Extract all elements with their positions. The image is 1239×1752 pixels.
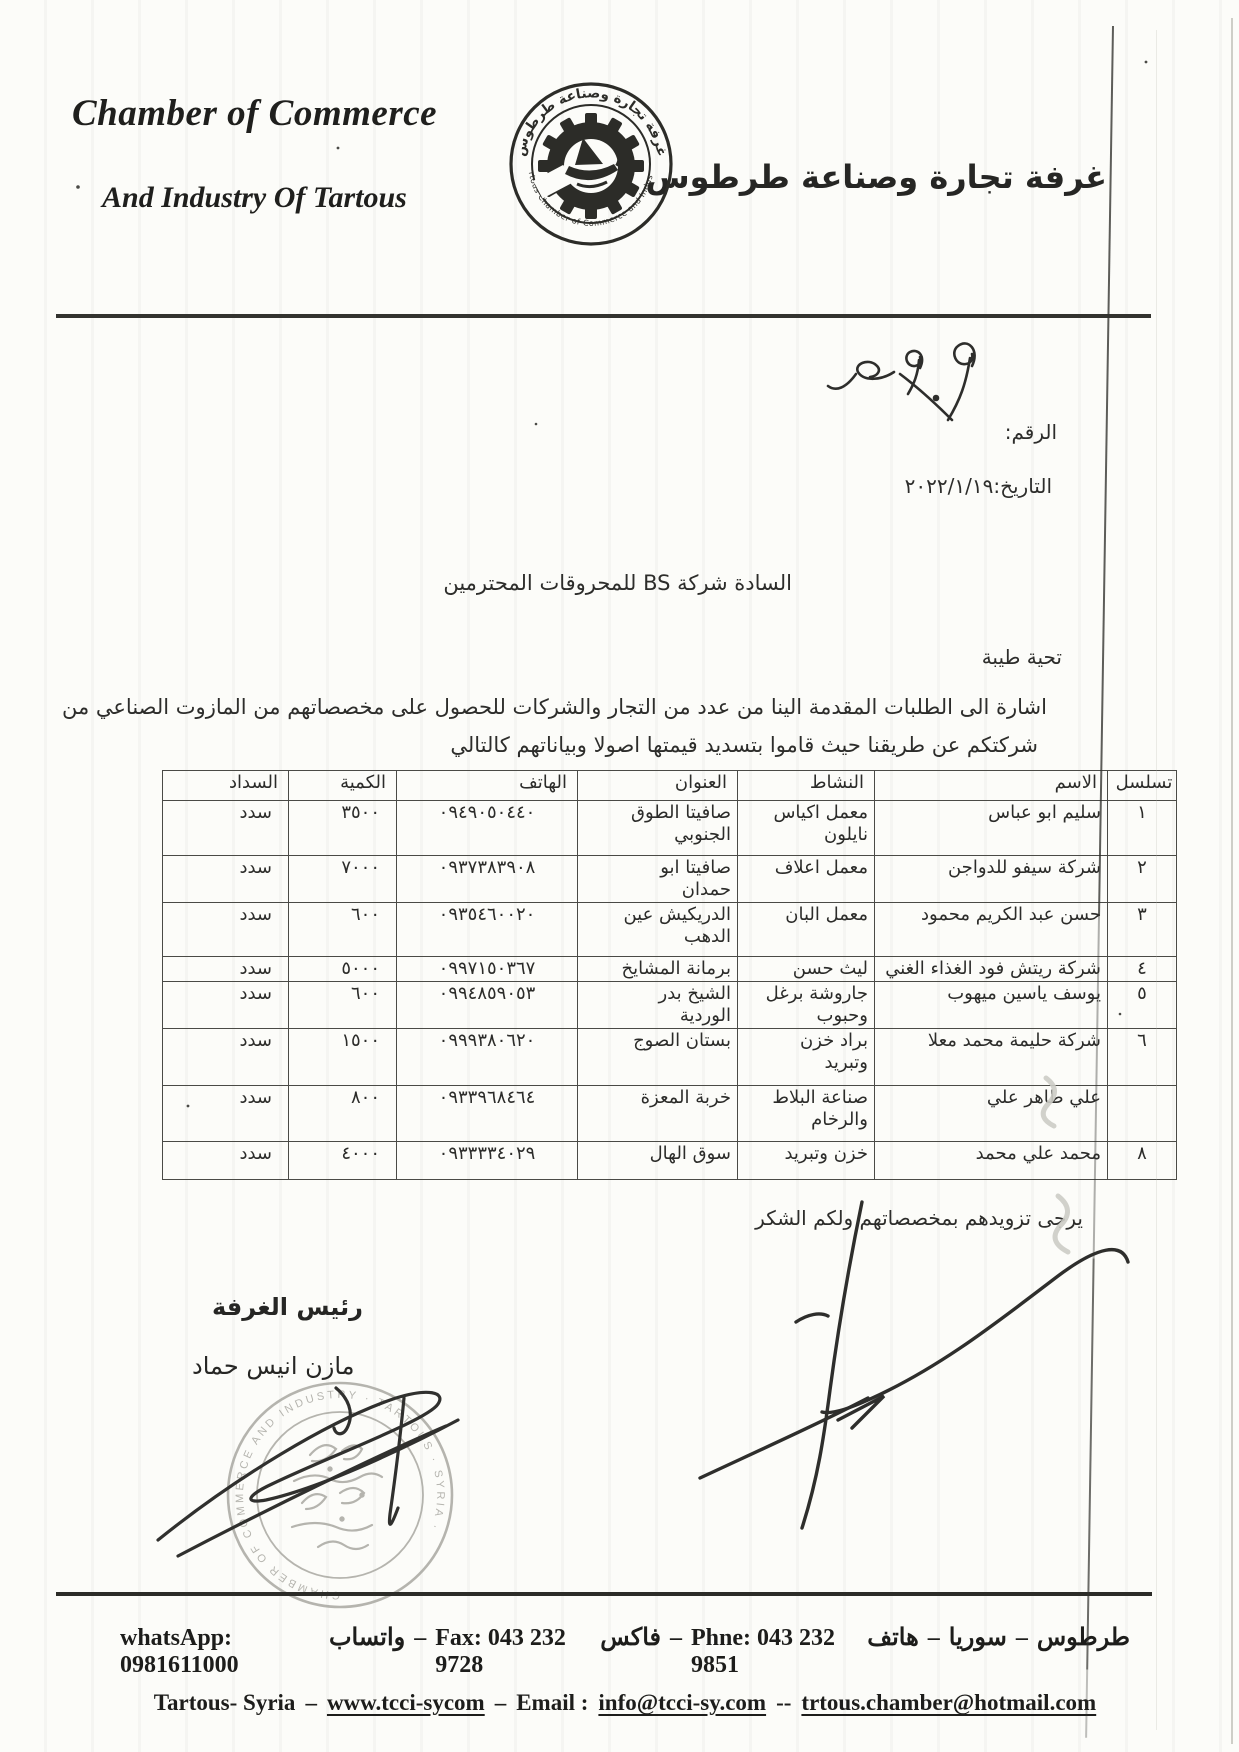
cell-address: خربة المعزة bbox=[578, 1085, 738, 1141]
footer-fax-ar: فاكس bbox=[600, 1623, 661, 1652]
scanned-letter-page: { "document": { "header": { "title_en_li… bbox=[0, 0, 1239, 1752]
cell-name: شركة سيفو للدواجن bbox=[875, 856, 1108, 903]
footer-dash: – bbox=[670, 1625, 682, 1652]
table-row: علي طاهر علي صناعة البلاط والرخام خربة ا… bbox=[163, 1085, 1177, 1141]
reference-number-handwriting bbox=[828, 343, 975, 420]
header-quantity: الكمية bbox=[289, 771, 397, 801]
cell-address: الشيخ بدر الوردية bbox=[578, 981, 738, 1028]
header-phone: الهاتف bbox=[397, 771, 578, 801]
cell-phone: ٠٩٩٤٨٥٩٠٥٣ bbox=[397, 981, 578, 1028]
stamp-arabic-script bbox=[292, 1445, 382, 1549]
cell-serial: ٥ bbox=[1108, 981, 1177, 1028]
svg-text:CHAMBER OF COMMERCE AND INDUST: CHAMBER OF COMMERCE AND INDUSTRY · TARTO… bbox=[234, 1389, 446, 1601]
cell-payment: سدد bbox=[163, 801, 289, 856]
cell-serial: ٦ bbox=[1108, 1028, 1177, 1085]
cell-phone: ٠٩٣٣٩٦٨٤٦٤ bbox=[397, 1085, 578, 1141]
cell-address: بستان الصوج bbox=[578, 1028, 738, 1085]
footer-fax: Fax: 043 232 9728 bbox=[435, 1625, 591, 1679]
cell-serial bbox=[1108, 1085, 1177, 1141]
cell-activity: جاروشة برغل وحبوب bbox=[738, 981, 875, 1028]
cell-serial: ١ bbox=[1108, 801, 1177, 856]
cell-name: شركة حليمة محمد معلا bbox=[875, 1028, 1108, 1085]
footer-email-secondary: trtous.chamber@hotmail.com bbox=[801, 1690, 1096, 1716]
chamber-seal-icon: غرفة تجارة وصناعة طرطوس Tartous Chamber … bbox=[505, 78, 677, 250]
stamp-ring-text: CHAMBER OF COMMERCE AND INDUSTRY · TARTO… bbox=[234, 1389, 446, 1601]
date-line: التاريخ:٢٠٢٢/١/١٩ bbox=[905, 474, 1052, 498]
president-signature bbox=[700, 1202, 1128, 1528]
cell-phone: ٠٩٣٥٤٦٠٠٢٠ bbox=[397, 902, 578, 956]
cell-name: علي طاهر علي bbox=[875, 1085, 1108, 1141]
cell-name: شركة ريتش فود الغذاء الغني bbox=[875, 956, 1108, 981]
cell-phone: ٠٩٣٧٣٨٣٩٠٨ bbox=[397, 856, 578, 903]
table-row: ٤ شركة ريتش فود الغذاء الغني ليث حسن برم… bbox=[163, 956, 1177, 981]
footer-whatsapp: whatsApp: 0981611000 bbox=[120, 1625, 320, 1679]
date-value: ٢٠٢٢/١/١٩ bbox=[905, 474, 994, 498]
cell-payment: سدد bbox=[163, 1028, 289, 1085]
letterhead-title-en-line2: And Industry Of Tartous bbox=[102, 181, 407, 215]
body-line-1: اشارة الى الطلبات المقدمة الينا من عدد م… bbox=[62, 695, 1047, 719]
table-row: ١ سليم ابو عباس معمل اكياس نايلون صافيتا… bbox=[163, 801, 1177, 856]
footer-dash: -- bbox=[776, 1690, 791, 1716]
footer-country-ar: سوريا bbox=[949, 1623, 1007, 1652]
footer-divider bbox=[56, 1592, 1152, 1596]
footer-web-line: Tartous- Syria – www.tcci-sycom – Email … bbox=[120, 1690, 1130, 1716]
footer-email-primary: info@tcci-sy.com bbox=[598, 1690, 766, 1716]
cell-quantity: ٥٠٠٠ bbox=[289, 956, 397, 981]
cell-activity: معمل اكياس نايلون bbox=[738, 801, 875, 856]
cell-payment: سدد bbox=[163, 856, 289, 903]
reference-number-label: الرقم: bbox=[1005, 420, 1057, 444]
cell-phone: ٠٩٩٩٣٨٠٦٢٠ bbox=[397, 1028, 578, 1085]
table-row: ٢ شركة سيفو للدواجن معمل اعلاف صافيتا اب… bbox=[163, 856, 1177, 903]
cell-serial: ٢ bbox=[1108, 856, 1177, 903]
table-row: ٣ حسن عبد الكريم محمود معمل البان الدريك… bbox=[163, 902, 1177, 956]
letterhead-title-en-line1: Chamber of Commerce bbox=[72, 92, 437, 135]
footer-contact-line: whatsApp: 0981611000 واتساب – Fax: 043 2… bbox=[120, 1623, 1130, 1679]
cell-serial: ٨ bbox=[1108, 1141, 1177, 1179]
footer-dash: – bbox=[928, 1625, 940, 1652]
cell-activity: خزن وتبريد bbox=[738, 1141, 875, 1179]
letterhead-title-ar: غرفة تجارة وصناعة طرطوس bbox=[645, 158, 1107, 196]
cell-payment: سدد bbox=[163, 1141, 289, 1179]
header-activity: النشاط bbox=[738, 771, 875, 801]
footer-whatsapp-ar: واتساب bbox=[329, 1623, 405, 1652]
page-edge-shadow bbox=[1231, 18, 1233, 1744]
date-label: التاريخ: bbox=[993, 474, 1052, 498]
cell-name: محمد علي محمد bbox=[875, 1141, 1108, 1179]
cell-phone: ٠٩٩٧١٥٠٣٦٧ bbox=[397, 956, 578, 981]
header-serial: تسلسل bbox=[1108, 771, 1177, 801]
footer-phone-ar: هاتف bbox=[867, 1623, 919, 1652]
cell-serial: ٤ bbox=[1108, 956, 1177, 981]
cell-quantity: ١٥٠٠ bbox=[289, 1028, 397, 1085]
header-divider bbox=[56, 314, 1151, 318]
cell-payment: سدد bbox=[163, 902, 289, 956]
official-stamp-icon: CHAMBER OF COMMERCE AND INDUSTRY · TARTO… bbox=[222, 1377, 458, 1613]
allocations-table: تسلسل الاسم النشاط العنوان الهاتف الكمية… bbox=[162, 770, 1177, 1180]
cell-activity: صناعة البلاط والرخام bbox=[738, 1085, 875, 1141]
cell-name: يوسف ياسين ميهوب bbox=[875, 981, 1108, 1028]
footer-dash: – bbox=[414, 1625, 426, 1652]
cell-address: برمانة المشايخ bbox=[578, 956, 738, 981]
signatory-title: رئيس الغرفة bbox=[212, 1293, 363, 1321]
cell-quantity: ٦٠٠ bbox=[289, 981, 397, 1028]
footer-dash: – bbox=[1016, 1625, 1028, 1652]
cell-quantity: ٤٠٠٠ bbox=[289, 1141, 397, 1179]
header-address: العنوان bbox=[578, 771, 738, 801]
header-name: الاسم bbox=[875, 771, 1108, 801]
closing-line: يرجى تزويدهم بمخصصاتهم ولكم الشكر bbox=[755, 1206, 1083, 1230]
header-payment: السداد bbox=[163, 771, 289, 801]
addressee-line: السادة شركة BS للمحروقات المحترمين bbox=[443, 571, 792, 595]
cell-activity: براد خزن وتبريد bbox=[738, 1028, 875, 1085]
cell-address: سوق الهال bbox=[578, 1141, 738, 1179]
cell-payment: سدد bbox=[163, 981, 289, 1028]
cell-quantity: ٣٥٠٠ bbox=[289, 801, 397, 856]
cell-activity: ليث حسن bbox=[738, 956, 875, 981]
signatory-name: مازن انيس حماد bbox=[192, 1352, 355, 1380]
cell-address: صافيتا الطوق الجنوبي bbox=[578, 801, 738, 856]
footer-dash: – bbox=[305, 1690, 317, 1716]
cell-payment: سدد bbox=[163, 1085, 289, 1141]
footer-dash: – bbox=[495, 1690, 507, 1716]
footer-website-link: www.tcci-sycom bbox=[327, 1690, 485, 1716]
table-row: ٦ شركة حليمة محمد معلا براد خزن وتبريد ب… bbox=[163, 1028, 1177, 1085]
salutation-line: تحية طيبة bbox=[982, 645, 1062, 669]
cell-payment: سدد bbox=[163, 956, 289, 981]
footer-phone: Phne: 043 232 9851 bbox=[691, 1625, 858, 1679]
cell-activity: معمل اعلاف bbox=[738, 856, 875, 903]
footer-location-en: Tartous- Syria bbox=[154, 1690, 296, 1716]
cell-activity: معمل البان bbox=[738, 902, 875, 956]
table-row: ٥ يوسف ياسين ميهوب جاروشة برغل وحبوب الش… bbox=[163, 981, 1177, 1028]
footer-email-label: Email : bbox=[516, 1690, 588, 1716]
cell-phone: ٠٩٣٣٣٣٤٠٢٩ bbox=[397, 1141, 578, 1179]
body-line-2: شركتكم عن طريقنا حيث قاموا بتسديد قيمتها… bbox=[450, 733, 1038, 757]
cell-phone: ٠٩٤٩٠٥٠٤٤٠ bbox=[397, 801, 578, 856]
table-header-row: تسلسل الاسم النشاط العنوان الهاتف الكمية… bbox=[163, 771, 1177, 801]
cell-address: صافيتا ابو حمدان bbox=[578, 856, 738, 903]
cell-address: الدريكيش عين الدهب bbox=[578, 902, 738, 956]
cell-quantity: ٧٠٠٠ bbox=[289, 856, 397, 903]
cell-quantity: ٦٠٠ bbox=[289, 902, 397, 956]
cell-name: حسن عبد الكريم محمود bbox=[875, 902, 1108, 956]
cell-serial: ٣ bbox=[1108, 902, 1177, 956]
footer-city-ar: طرطوس bbox=[1037, 1623, 1130, 1652]
cell-quantity: ٨٠٠ bbox=[289, 1085, 397, 1141]
table-row: ٨ محمد علي محمد خزن وتبريد سوق الهال ٠٩٣… bbox=[163, 1141, 1177, 1179]
cell-name: سليم ابو عباس bbox=[875, 801, 1108, 856]
